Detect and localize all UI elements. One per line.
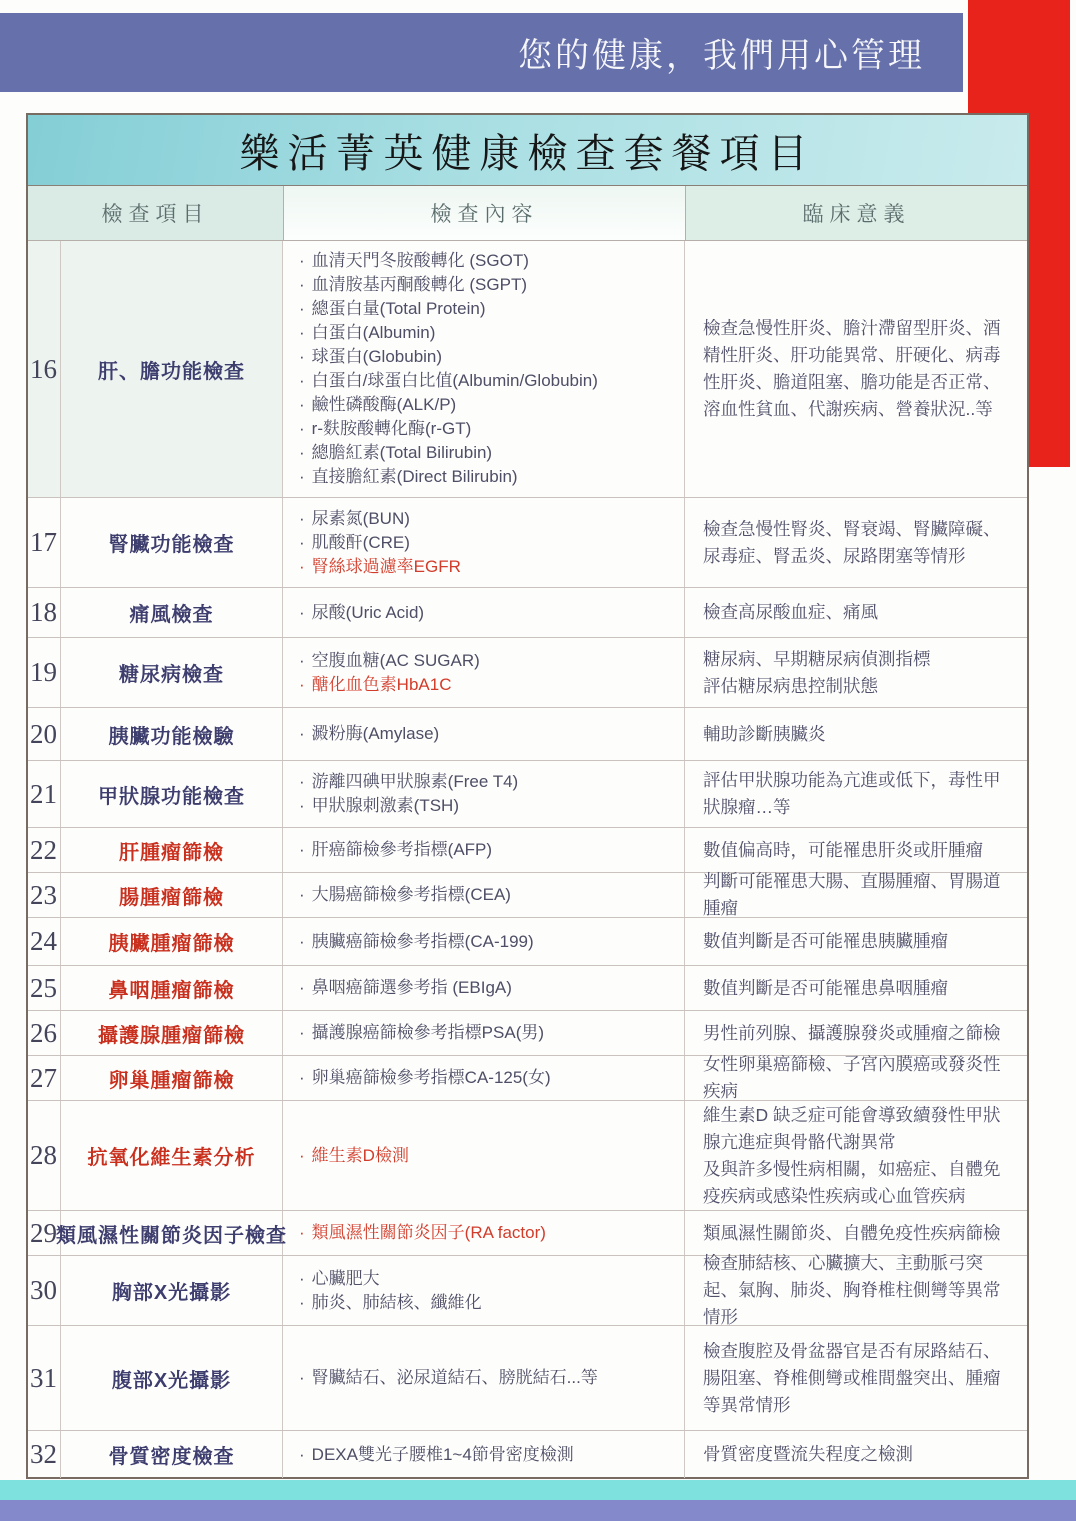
exam-name: 鼻咽腫瘤篩檢 [61, 966, 283, 1010]
clinical-significance: 評估甲狀腺功能為亢進或低下，毒性甲狀腺瘤…等 [685, 761, 1027, 827]
banner-slogan: 您的健康，我們用心管理 [518, 28, 925, 77]
row-number: 22 [28, 828, 61, 872]
table-row: 18痛風檢查·尿酸(Uric Acid)檢查高尿酸血症、痛風 [28, 588, 1027, 638]
exam-content-item: ·鹼性磷酸酶(ALK/P) [299, 393, 678, 417]
clinical-significance: 數值偏高時，可能罹患肝炎或肝腫瘤 [685, 828, 1027, 872]
exam-content: ·腎臟結石、泌尿道結石、膀胱結石...等 [283, 1326, 685, 1430]
clinical-significance: 檢查腹腔及骨盆器官是否有尿路結石、腸阻塞、脊椎側彎或椎間盤突出、腫瘤等異常情形 [685, 1326, 1027, 1430]
table-row: 24胰臟腫瘤篩檢·胰臟癌篩檢參考指標(CA-199)數值判斷是否可能罹患胰臟腫瘤 [28, 918, 1027, 966]
exam-content-item: ·尿酸(Uric Acid) [299, 601, 678, 625]
table-row: 20胰臟功能檢驗·澱粉脢(Amylase)輔助診斷胰臟炎 [28, 708, 1027, 761]
exam-content-item: ·游離四碘甲狀腺素(Free T4) [299, 770, 678, 794]
clinical-significance: 女性卵巢癌篩檢、子宮內膜癌或發炎性疾病 [685, 1056, 1027, 1100]
exam-content-item: ·肌酸酐(CRE) [299, 531, 678, 555]
table-row: 32骨質密度檢查·DEXA雙光子腰椎1~4節骨密度檢測骨質密度暨流失程度之檢測 [28, 1431, 1027, 1478]
exam-content: ·鼻咽癌篩選參考指 (EBIgA) [283, 966, 685, 1010]
exam-content-item: ·血清天門冬胺酸轉化 (SGOT) [299, 249, 678, 273]
exam-name: 胰臟腫瘤篩檢 [61, 918, 283, 965]
table-row: 16肝、膽功能檢查·血清天門冬胺酸轉化 (SGOT)·血清胺基丙酮酸轉化 (SG… [28, 241, 1027, 498]
exam-content-item: ·心臟肥大 [299, 1267, 678, 1291]
clinical-significance: 男性前列腺、攝護腺發炎或腫瘤之篩檢 [685, 1011, 1027, 1055]
clinical-significance-line: 輔助診斷胰臟炎 [703, 721, 1017, 748]
exam-content-item: ·直接膽紅素(Direct Bilirubin) [299, 465, 678, 489]
exam-name: 胸部X光攝影 [61, 1256, 283, 1325]
exam-content-item: ·維生素D檢測 [299, 1144, 678, 1168]
exam-content: ·卵巢癌篩檢參考指標CA-125(女) [283, 1056, 685, 1100]
exam-name: 腹部X光攝影 [61, 1326, 283, 1430]
exam-name: 胰臟功能檢驗 [61, 708, 283, 760]
clinical-significance-line: 評估甲狀腺功能為亢進或低下，毒性甲狀腺瘤…等 [703, 767, 1017, 821]
exam-content-item: ·血清胺基丙酮酸轉化 (SGPT) [299, 273, 678, 297]
row-number: 30 [28, 1256, 61, 1325]
exam-name: 抗氧化維生素分析 [61, 1101, 283, 1210]
exam-content: ·攝護腺癌篩檢參考指標PSA(男) [283, 1011, 685, 1055]
clinical-significance: 類風濕性關節炎、自體免疫性疾病篩檢 [685, 1211, 1027, 1255]
row-number: 21 [28, 761, 61, 827]
exam-content-item: ·甲狀腺刺激素(TSH) [299, 794, 678, 818]
table-body: 16肝、膽功能檢查·血清天門冬胺酸轉化 (SGOT)·血清胺基丙酮酸轉化 (SG… [28, 241, 1027, 1478]
clinical-significance-line: 及與許多慢性病相關，如癌症、自體免疫疾病或感染性疾病或心血管疾病 [703, 1156, 1017, 1210]
clinical-significance-line: 維生素D 缺乏症可能會導致續發性甲狀腺亢進症與骨骼代謝異常 [703, 1102, 1017, 1156]
exam-content: ·心臟肥大·肺炎、肺結核、纖維化 [283, 1256, 685, 1325]
clinical-significance: 骨質密度暨流失程度之檢測 [685, 1431, 1027, 1478]
exam-content-item: ·空腹血糖(AC SUGAR) [299, 649, 678, 673]
clinical-significance-line: 類風濕性關節炎、自體免疫性疾病篩檢 [703, 1220, 1017, 1247]
exam-name: 糖尿病檢查 [61, 638, 283, 707]
clinical-significance: 輔助診斷胰臟炎 [685, 708, 1027, 760]
row-number: 18 [28, 588, 61, 637]
table-row: 22肝腫瘤篩檢·肝癌篩檢參考指標(AFP)數值偏高時，可能罹患肝炎或肝腫瘤 [28, 828, 1027, 873]
row-number: 27 [28, 1056, 61, 1100]
table-row: 21甲狀腺功能檢查·游離四碘甲狀腺素(Free T4)·甲狀腺刺激素(TSH)評… [28, 761, 1027, 828]
clinical-significance: 判斷可能罹患大腸、直腸腫瘤、胃腸道腫瘤 [685, 873, 1027, 917]
exam-content: ·尿素氮(BUN)·肌酸酐(CRE)·腎絲球過濾率EGFR [283, 498, 685, 587]
exam-name: 甲狀腺功能檢查 [61, 761, 283, 827]
exam-content-item: ·DEXA雙光子腰椎1~4節骨密度檢測 [299, 1443, 678, 1467]
exam-content: ·空腹血糖(AC SUGAR)·醣化血色素HbA1C [283, 638, 685, 707]
clinical-significance: 維生素D 缺乏症可能會導致續發性甲狀腺亢進症與骨骼代謝異常及與許多慢性病相關，如… [685, 1101, 1027, 1210]
exam-name: 腸腫瘤篩檢 [61, 873, 283, 917]
clinical-significance-line: 檢查急慢性腎炎、腎衰竭、腎臟障礙、尿毒症、腎盂炎、尿路閉塞等情形 [703, 516, 1017, 570]
row-number: 26 [28, 1011, 61, 1055]
table-row: 31腹部X光攝影·腎臟結石、泌尿道結石、膀胱結石...等檢查腹腔及骨盆器官是否有… [28, 1326, 1027, 1431]
clinical-significance-line: 檢查急慢性肝炎、膽汁滯留型肝炎、酒精性肝炎、肝功能異常、肝硬化、病毒性肝炎、膽道… [703, 315, 1017, 423]
table-row: 17腎臟功能檢查·尿素氮(BUN)·肌酸酐(CRE)·腎絲球過濾率EGFR檢查急… [28, 498, 1027, 588]
exam-content-item: ·攝護腺癌篩檢參考指標PSA(男) [299, 1021, 678, 1045]
health-package-table: 樂活菁英健康檢查套餐項目 檢查項目 檢查內容 臨床意義 16肝、膽功能檢查·血清… [26, 113, 1029, 1479]
clinical-significance-line: 男性前列腺、攝護腺發炎或腫瘤之篩檢 [703, 1020, 1017, 1047]
row-number: 17 [28, 498, 61, 587]
clinical-significance: 數值判斷是否可能罹患胰臟腫瘤 [685, 918, 1027, 965]
clinical-significance-line: 數值判斷是否可能罹患鼻咽腫瘤 [703, 975, 1017, 1002]
exam-content-item: ·r-麩胺酸轉化酶(r-GT) [299, 417, 678, 441]
clinical-significance-line: 骨質密度暨流失程度之檢測 [703, 1441, 1017, 1468]
table-title-band: 樂活菁英健康檢查套餐項目 [28, 115, 1027, 186]
exam-content-item: ·胰臟癌篩檢參考指標(CA-199) [299, 930, 678, 954]
table-row: 23腸腫瘤篩檢·大腸癌篩檢參考指標(CEA)判斷可能罹患大腸、直腸腫瘤、胃腸道腫… [28, 873, 1027, 918]
exam-name: 肝、膽功能檢查 [61, 241, 283, 497]
exam-content: ·游離四碘甲狀腺素(Free T4)·甲狀腺刺激素(TSH) [283, 761, 685, 827]
row-number: 16 [28, 241, 61, 497]
table-row: 27卵巢腫瘤篩檢·卵巢癌篩檢參考指標CA-125(女)女性卵巢癌篩檢、子宮內膜癌… [28, 1056, 1027, 1101]
table-row: 28抗氧化維生素分析·維生素D檢測維生素D 缺乏症可能會導致續發性甲狀腺亢進症與… [28, 1101, 1027, 1211]
exam-content: ·血清天門冬胺酸轉化 (SGOT)·血清胺基丙酮酸轉化 (SGPT)·總蛋白量(… [283, 241, 685, 497]
exam-content-item: ·肝癌篩檢參考指標(AFP) [299, 838, 678, 862]
footer-purple-stripe [0, 1500, 1076, 1521]
exam-name: 卵巢腫瘤篩檢 [61, 1056, 283, 1100]
exam-content: ·類風濕性關節炎因子(RA factor) [283, 1211, 685, 1255]
exam-content-item: ·卵巢癌篩檢參考指標CA-125(女) [299, 1066, 678, 1090]
exam-content: ·DEXA雙光子腰椎1~4節骨密度檢測 [283, 1431, 685, 1478]
table-title: 樂活菁英健康檢查套餐項目 [240, 122, 816, 179]
row-number: 28 [28, 1101, 61, 1210]
row-number: 32 [28, 1431, 61, 1478]
clinical-significance-line: 數值判斷是否可能罹患胰臟腫瘤 [703, 928, 1017, 955]
exam-content-item: ·腎絲球過濾率EGFR [299, 555, 678, 579]
row-number: 31 [28, 1326, 61, 1430]
clinical-significance-line: 檢查腹腔及骨盆器官是否有尿路結石、腸阻塞、脊椎側彎或椎間盤突出、腫瘤等異常情形 [703, 1338, 1017, 1419]
footer-teal-stripe [0, 1480, 1076, 1500]
row-number: 24 [28, 918, 61, 965]
exam-content-item: ·腎臟結石、泌尿道結石、膀胱結石...等 [299, 1366, 678, 1390]
clinical-significance: 糖尿病、早期糖尿病偵測指標評估糖尿病患控制狀態 [685, 638, 1027, 707]
column-header-row: 檢查項目 檢查內容 臨床意義 [28, 186, 1027, 241]
table-row: 25鼻咽腫瘤篩檢·鼻咽癌篩選參考指 (EBIgA)數值判斷是否可能罹患鼻咽腫瘤 [28, 966, 1027, 1011]
exam-name: 肝腫瘤篩檢 [61, 828, 283, 872]
top-banner: 您的健康，我們用心管理 [0, 13, 963, 92]
exam-content: ·尿酸(Uric Acid) [283, 588, 685, 637]
exam-name: 攝護腺腫瘤篩檢 [61, 1011, 283, 1055]
exam-content-item: ·總膽紅素(Total Bilirubin) [299, 441, 678, 465]
exam-content-item: ·白蛋白/球蛋白比值(Albumin/Globubin) [299, 369, 678, 393]
row-number: 25 [28, 966, 61, 1010]
exam-content: ·胰臟癌篩檢參考指標(CA-199) [283, 918, 685, 965]
clinical-significance: 檢查高尿酸血症、痛風 [685, 588, 1027, 637]
clinical-significance-line: 評估糖尿病患控制狀態 [703, 673, 1017, 700]
row-number: 19 [28, 638, 61, 707]
clinical-significance-line: 女性卵巢癌篩檢、子宮內膜癌或發炎性疾病 [703, 1051, 1017, 1105]
exam-content: ·肝癌篩檢參考指標(AFP) [283, 828, 685, 872]
clinical-significance-line: 檢查高尿酸血症、痛風 [703, 599, 1017, 626]
column-header-item: 檢查項目 [28, 186, 283, 240]
clinical-significance-line: 檢查肺結核、心臟擴大、主動脈弓突起、氣胸、肺炎、胸脊椎柱側彎等異常情形 [703, 1250, 1017, 1331]
column-header-content: 檢查內容 [283, 186, 685, 240]
exam-content-item: ·類風濕性關節炎因子(RA factor) [299, 1221, 678, 1245]
clinical-significance: 檢查急慢性肝炎、膽汁滯留型肝炎、酒精性肝炎、肝功能異常、肝硬化、病毒性肝炎、膽道… [685, 241, 1027, 497]
exam-name: 腎臟功能檢查 [61, 498, 283, 587]
exam-content: ·大腸癌篩檢參考指標(CEA) [283, 873, 685, 917]
table-row: 26攝護腺腫瘤篩檢·攝護腺癌篩檢參考指標PSA(男)男性前列腺、攝護腺發炎或腫瘤… [28, 1011, 1027, 1056]
table-row: 19糖尿病檢查·空腹血糖(AC SUGAR)·醣化血色素HbA1C糖尿病、早期糖… [28, 638, 1027, 708]
clinical-significance: 檢查急慢性腎炎、腎衰竭、腎臟障礙、尿毒症、腎盂炎、尿路閉塞等情形 [685, 498, 1027, 587]
exam-content-item: ·澱粉脢(Amylase) [299, 722, 678, 746]
clinical-significance: 檢查肺結核、心臟擴大、主動脈弓突起、氣胸、肺炎、胸脊椎柱側彎等異常情形 [685, 1256, 1027, 1325]
exam-content-item: ·尿素氮(BUN) [299, 507, 678, 531]
exam-content-item: ·球蛋白(Globubin) [299, 345, 678, 369]
exam-content-item: ·大腸癌篩檢參考指標(CEA) [299, 883, 678, 907]
clinical-significance-line: 糖尿病、早期糖尿病偵測指標 [703, 646, 1017, 673]
clinical-significance: 數值判斷是否可能罹患鼻咽腫瘤 [685, 966, 1027, 1010]
row-number: 23 [28, 873, 61, 917]
exam-content-item: ·醣化血色素HbA1C [299, 673, 678, 697]
column-header-significance: 臨床意義 [685, 186, 1027, 240]
exam-content: ·澱粉脢(Amylase) [283, 708, 685, 760]
clinical-significance-line: 數值偏高時，可能罹患肝炎或肝腫瘤 [703, 837, 1017, 864]
table-row: 30胸部X光攝影·心臟肥大·肺炎、肺結核、纖維化檢查肺結核、心臟擴大、主動脈弓突… [28, 1256, 1027, 1326]
clinical-significance-line: 判斷可能罹患大腸、直腸腫瘤、胃腸道腫瘤 [703, 868, 1017, 922]
row-number: 20 [28, 708, 61, 760]
exam-name: 類風濕性關節炎因子檢查 [61, 1211, 283, 1255]
exam-content-item: ·鼻咽癌篩選參考指 (EBIgA) [299, 976, 678, 1000]
exam-name: 骨質密度檢查 [61, 1431, 283, 1478]
exam-content-item: ·總蛋白量(Total Protein) [299, 297, 678, 321]
exam-content-item: ·白蛋白(Albumin) [299, 321, 678, 345]
exam-name: 痛風檢查 [61, 588, 283, 637]
exam-content: ·維生素D檢測 [283, 1101, 685, 1210]
page: 您的健康，我們用心管理 樂活菁英健康檢查套餐項目 檢查項目 檢查內容 臨床意義 … [0, 0, 1076, 1521]
exam-content-item: ·肺炎、肺結核、纖維化 [299, 1291, 678, 1315]
